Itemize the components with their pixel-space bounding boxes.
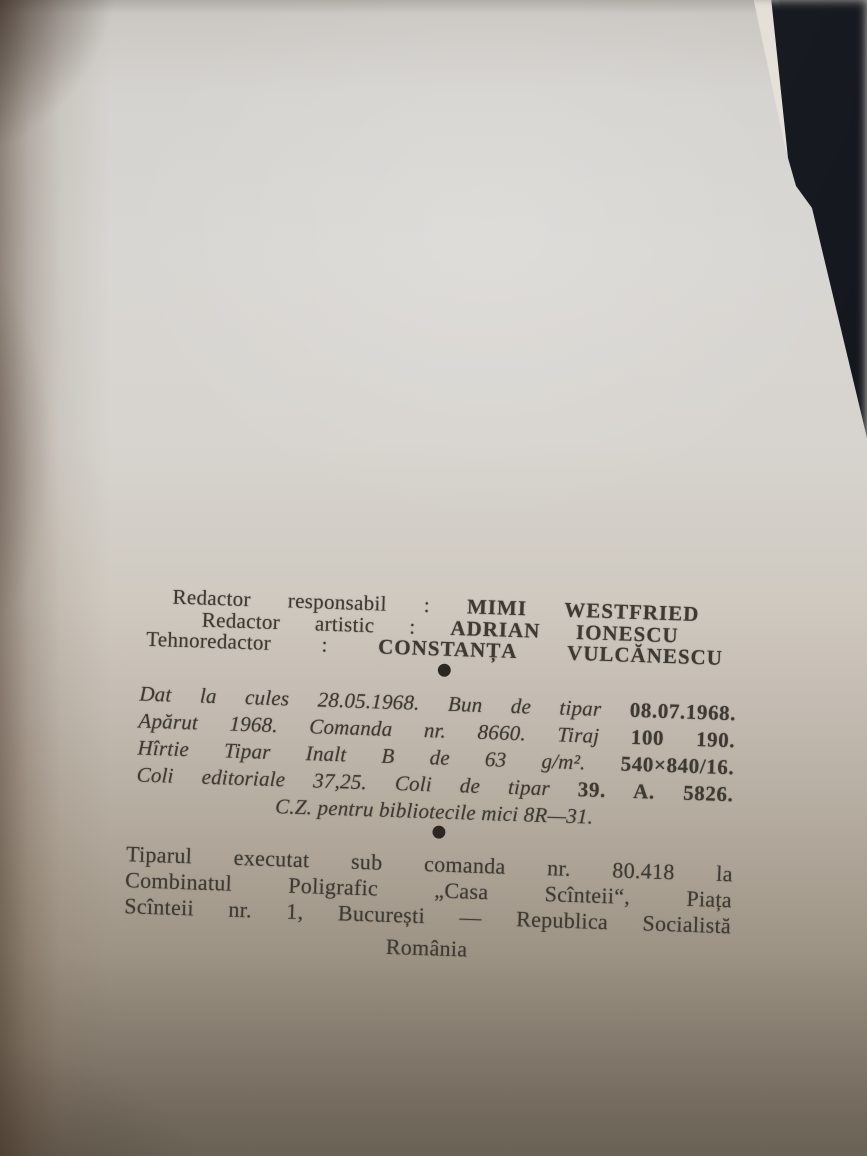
print-info-block: Dat la cules 28.05.1968. Bun de tipar 08… bbox=[127, 680, 741, 835]
print-info-number: 08.07.1968. bbox=[629, 697, 736, 725]
role-label: Tehnoredactor : bbox=[146, 627, 328, 657]
colophon-text: Redactor responsabil : MIMI WESTFRIED Re… bbox=[123, 585, 745, 971]
print-info-number: 100 190. bbox=[630, 724, 735, 751]
printer-block: Tiparul executat sub comanda nr. 80.418 … bbox=[123, 841, 736, 971]
book-page-photo: Redactor responsabil : MIMI WESTFRIED Re… bbox=[0, 0, 867, 1156]
page-shading-overlay bbox=[0, 0, 867, 1156]
print-info-number: 39. A. 5826. bbox=[578, 777, 734, 806]
print-info-number: 540×840/16. bbox=[620, 751, 734, 779]
